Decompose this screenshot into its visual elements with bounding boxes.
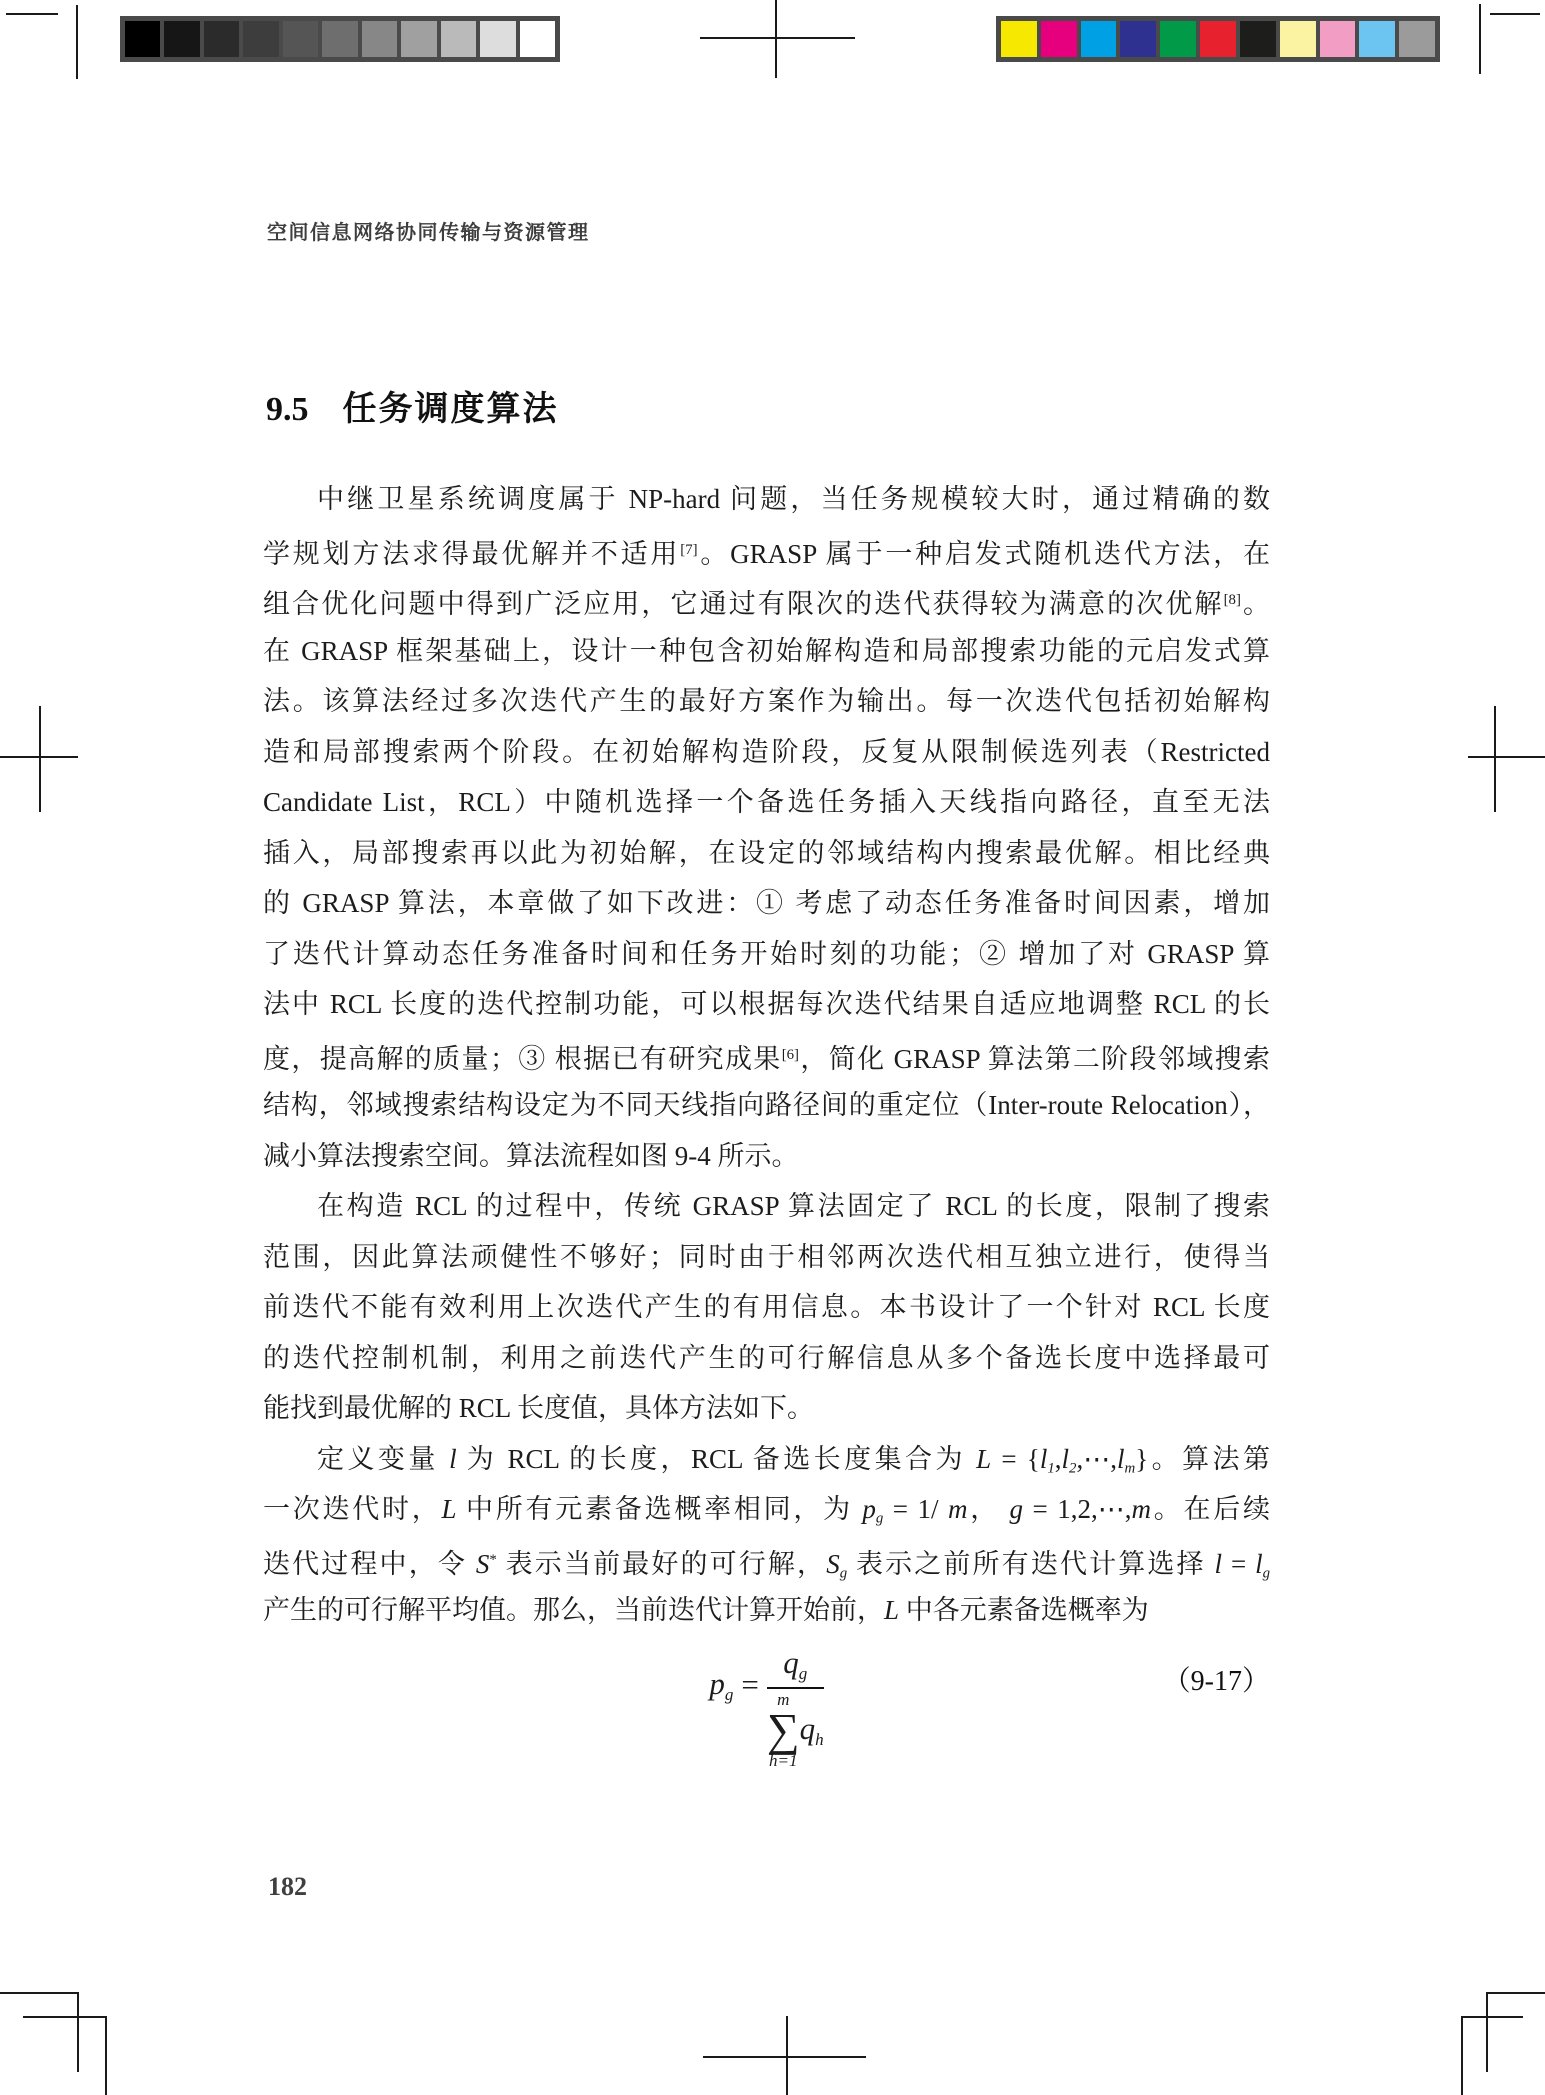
text-line: 结构，邻域搜索结构设定为不同天线指向路径间的重定位（Inter-route Re… bbox=[263, 1080, 1270, 1131]
crop-mark bbox=[23, 2016, 106, 2018]
equation: pg = qg m ∑ h=1 qh bbox=[709, 1645, 823, 1769]
calibration-swatch bbox=[1120, 21, 1156, 57]
calibration-swatch bbox=[1160, 21, 1196, 57]
calibration-swatch bbox=[1320, 21, 1356, 57]
equation-number: （9-17） bbox=[1163, 1659, 1270, 1699]
crop-mark bbox=[6, 13, 58, 15]
calibration-swatch bbox=[1280, 21, 1316, 57]
registration-cross bbox=[1468, 756, 1545, 758]
registration-cross bbox=[775, 0, 777, 78]
crop-mark bbox=[1479, 4, 1481, 74]
book-page: 空间信息网络协同传输与资源管理 9.5 任务调度算法 中继卫星系统调度属于 NP… bbox=[0, 0, 1545, 2095]
calibration-swatch bbox=[1200, 21, 1236, 57]
calibration-swatch bbox=[441, 21, 476, 57]
calibration-swatch bbox=[125, 21, 160, 57]
registration-cross bbox=[703, 2056, 866, 2058]
crop-mark bbox=[0, 1992, 78, 1994]
calibration-swatch bbox=[164, 21, 199, 57]
grayscale-calibration-bar bbox=[120, 16, 560, 62]
running-header: 空间信息网络协同传输与资源管理 bbox=[267, 216, 590, 245]
crop-mark bbox=[1490, 13, 1540, 15]
registration-cross bbox=[39, 706, 41, 812]
denominator: m ∑ h=1 qh bbox=[767, 1689, 824, 1769]
text-line: 范围，因此算法顽健性不够好；同时由于相邻两次迭代相互独立进行，使得当 bbox=[263, 1232, 1270, 1283]
crop-mark bbox=[1461, 2016, 1523, 2018]
text-line: 了迭代计算动态任务准备时间和任务开始时刻的功能；② 增加了对 GRASP 算 bbox=[263, 929, 1270, 980]
registration-cross bbox=[700, 37, 855, 39]
calibration-swatch bbox=[283, 21, 318, 57]
section-title: 任务调度算法 bbox=[343, 381, 559, 430]
text-line: 一次迭代时，L 中所有元素备选概率相同，为 pg = 1/ m， g = 1,2… bbox=[263, 1484, 1270, 1535]
crop-mark bbox=[1486, 1992, 1545, 1994]
numerator: qg bbox=[773, 1645, 817, 1687]
calibration-swatch bbox=[1399, 21, 1435, 57]
calibration-swatch bbox=[520, 21, 555, 57]
text-line: 法。该算法经过多次迭代产生的最好方案作为输出。每一次迭代包括初始解构 bbox=[263, 676, 1270, 727]
crop-mark bbox=[76, 5, 78, 79]
text-line: 度，提高解的质量；③ 根据已有研究成果[6]，简化 GRASP 算法第二阶段邻域… bbox=[263, 1030, 1270, 1081]
calibration-swatch bbox=[322, 21, 357, 57]
text-line: 能找到最优解的 RCL 长度值，具体方法如下。 bbox=[263, 1383, 1270, 1434]
text-line: 迭代过程中，令 S* 表示当前最好的可行解，Sg 表示之前所有迭代计算选择 l … bbox=[263, 1535, 1270, 1586]
text-line: 在构造 RCL 的过程中，传统 GRASP 算法固定了 RCL 的长度，限制了搜… bbox=[263, 1181, 1270, 1232]
calibration-swatch bbox=[204, 21, 239, 57]
text-line: 的迭代控制机制，利用之前迭代产生的可行解信息从多个备选长度中选择最可 bbox=[263, 1333, 1270, 1384]
calibration-swatch bbox=[362, 21, 397, 57]
text-line: 学规划方法求得最优解并不适用[7]。GRASP 属于一种启发式随机迭代方法，在 bbox=[263, 525, 1270, 576]
calibration-swatch bbox=[1081, 21, 1117, 57]
text-line: 造和局部搜索两个阶段。在初始解构造阶段，反复从限制候选列表（Restricted bbox=[263, 727, 1270, 778]
text-line: 插入，局部搜索再以此为初始解，在设定的邻域结构内搜索最优解。相比经典 bbox=[263, 828, 1270, 879]
summation: m ∑ h=1 bbox=[767, 1691, 800, 1769]
crop-mark bbox=[105, 2016, 107, 2095]
calibration-swatch bbox=[1240, 21, 1276, 57]
section-heading: 9.5 任务调度算法 bbox=[266, 381, 559, 430]
calibration-swatch bbox=[1001, 21, 1037, 57]
section-number: 9.5 bbox=[266, 391, 309, 429]
text-line: 在 GRASP 框架基础上，设计一种包含初始解构造和局部搜索功能的元启发式算 bbox=[263, 626, 1270, 677]
calibration-swatch bbox=[1359, 21, 1395, 57]
crop-mark bbox=[1461, 2016, 1463, 2095]
text-line: 前迭代不能有效利用上次迭代产生的有用信息。本书设计了一个针对 RCL 长度 bbox=[263, 1282, 1270, 1333]
calibration-swatch bbox=[480, 21, 515, 57]
crop-mark bbox=[1486, 1992, 1488, 2072]
text-line: 法中 RCL 长度的迭代控制功能，可以根据每次迭代结果自适应地调整 RCL 的长 bbox=[263, 979, 1270, 1030]
text-line: 的 GRASP 算法，本章做了如下改进：① 考虑了动态任务准备时间因素，增加 bbox=[263, 878, 1270, 929]
text-line: Candidate List，RCL）中随机选择一个备选任务插入天线指向路径，直… bbox=[263, 777, 1270, 828]
text-line: 产生的可行解平均值。那么，当前迭代计算开始前，L 中各元素备选概率为 bbox=[263, 1585, 1270, 1636]
equation-block: pg = qg m ∑ h=1 qh （9-17） bbox=[263, 1645, 1270, 1775]
body-text: 中继卫星系统调度属于 NP-hard 问题，当任务规模较大时，通过精确的数学规划… bbox=[263, 474, 1270, 1636]
equals-sign: = bbox=[741, 1667, 758, 1703]
registration-cross bbox=[0, 756, 78, 758]
text-line: 组合优化问题中得到广泛应用，它通过有限次的迭代获得较为满意的次优解[8]。 bbox=[263, 575, 1270, 626]
denominator-term: qh bbox=[800, 1711, 824, 1750]
registration-cross bbox=[1494, 706, 1496, 812]
fraction: qg m ∑ h=1 qh bbox=[767, 1645, 824, 1769]
text-line: 减小算法搜索空间。算法流程如图 9-4 所示。 bbox=[263, 1131, 1270, 1182]
page-number: 182 bbox=[268, 1872, 307, 1902]
crop-mark bbox=[77, 1992, 79, 2072]
text-line: 中继卫星系统调度属于 NP-hard 问题，当任务规模较大时，通过精确的数 bbox=[263, 474, 1270, 525]
calibration-swatch bbox=[401, 21, 436, 57]
calibration-swatch bbox=[1041, 21, 1077, 57]
color-calibration-bar bbox=[996, 16, 1440, 62]
calibration-swatch bbox=[243, 21, 278, 57]
equation-lhs: pg bbox=[709, 1666, 733, 1705]
text-line: 定义变量 l 为 RCL 的长度，RCL 备选长度集合为 L = {l1,l2,… bbox=[263, 1434, 1270, 1485]
sigma-symbol: ∑ bbox=[767, 1708, 800, 1752]
